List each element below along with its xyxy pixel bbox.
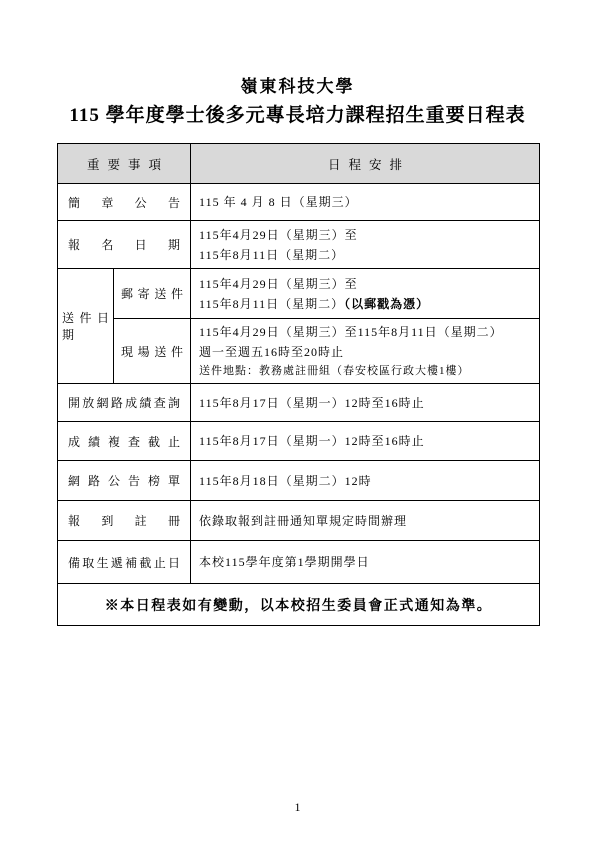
schedule-text: 依錄取報到註冊通知單規定時間辦理 <box>199 511 533 531</box>
row-label-score-query: 開放網路成績查詢 <box>58 384 191 422</box>
row-label-announcement: 簡章公告 <box>58 184 191 221</box>
row-label-enrollment: 報到註冊 <box>58 501 191 541</box>
schedule-text-normal: 115年8月11日（星期二） <box>199 297 344 311</box>
row-content-registration: 115年4月29日（星期三）至 115年8月11日（星期二） <box>191 221 540 269</box>
schedule-text: 115年8月11日（星期二） <box>199 245 533 265</box>
table-row-registration: 報名日期 115年4月29日（星期三）至 115年8月11日（星期二） <box>58 221 540 269</box>
schedule-text: 115年8月11日（星期二）（以郵戳為憑） <box>199 294 533 314</box>
column-header-schedule: 日程安排 <box>191 144 540 184</box>
row-label-waitlist-deadline: 備取生遞補截止日 <box>58 541 191 584</box>
schedule-text: 115年8月17日（星期一）12時至16時止 <box>199 393 533 413</box>
row-sublabel-onsite: 現場送件 <box>114 319 191 384</box>
schedule-text: 週一至週五16時至20時止 <box>199 342 533 362</box>
schedule-table: 重要事項 日程安排 簡章公告 115 年 4 月 8 日（星期三） 報名日期 1… <box>57 143 540 626</box>
table-row-submission-mail: 送件日期 郵寄送件 115年4月29日（星期三）至 115年8月11日（星期二）… <box>58 269 540 319</box>
schedule-text: 115年4月29日（星期三）至115年8月11日（星期二） <box>199 322 533 342</box>
schedule-text: 115年4月29日（星期三）至 <box>199 225 533 245</box>
table-row-announcement: 簡章公告 115 年 4 月 8 日（星期三） <box>58 184 540 221</box>
table-row-result-announce: 網路公告榜單 115年8月18日（星期二）12時 <box>58 461 540 501</box>
schedule-location-text: 送件地點：教務處註冊組（春安校區行政大樓1樓） <box>199 362 533 381</box>
row-content-score-query: 115年8月17日（星期一）12時至16時止 <box>191 384 540 422</box>
schedule-text: 本校115學年度第1學期開學日 <box>199 552 533 572</box>
row-content-result-announce: 115年8月18日（星期二）12時 <box>191 461 540 501</box>
table-row-score-query: 開放網路成績查詢 115年8月17日（星期一）12時至16時止 <box>58 384 540 422</box>
schedule-text: 115年8月17日（星期一）12時至16時止 <box>199 431 533 451</box>
row-content-score-recheck: 115年8月17日（星期一）12時至16時止 <box>191 422 540 461</box>
row-group-label-submission: 送件日期 <box>58 269 114 384</box>
row-label-registration: 報名日期 <box>58 221 191 269</box>
schedule-text: 115年8月18日（星期二）12時 <box>199 471 533 491</box>
table-header-row: 重要事項 日程安排 <box>58 144 540 184</box>
table-row-submission-onsite: 現場送件 115年4月29日（星期三）至115年8月11日（星期二） 週一至週五… <box>58 319 540 384</box>
table-row-enrollment: 報到註冊 依錄取報到註冊通知單規定時間辦理 <box>58 501 540 541</box>
row-content-enrollment: 依錄取報到註冊通知單規定時間辦理 <box>191 501 540 541</box>
schedule-text-emphasis: （以郵戳為憑） <box>344 297 429 311</box>
row-content-announcement: 115 年 4 月 8 日（星期三） <box>191 184 540 221</box>
row-label-result-announce: 網路公告榜單 <box>58 461 191 501</box>
page-subtitle: 115 學年度學士後多元專長培力課程招生重要日程表 <box>0 104 595 128</box>
row-sublabel-mail: 郵寄送件 <box>114 269 191 319</box>
schedule-text: 115年4月29日（星期三）至 <box>199 274 533 294</box>
row-content-waitlist-deadline: 本校115學年度第1學期開學日 <box>191 541 540 584</box>
row-content-mail: 115年4月29日（星期三）至 115年8月11日（星期二）（以郵戳為憑） <box>191 269 540 319</box>
table-row-waitlist-deadline: 備取生遞補截止日 本校115學年度第1學期開學日 <box>58 541 540 584</box>
page-number: 1 <box>0 800 595 815</box>
column-header-item: 重要事項 <box>58 144 191 184</box>
table-footnote: ※本日程表如有變動，以本校招生委員會正式通知為準。 <box>58 584 540 626</box>
schedule-text: 115 年 4 月 8 日（星期三） <box>199 192 533 212</box>
document-page: 嶺東科技大學 115 學年度學士後多元專長培力課程招生重要日程表 重要事項 日程… <box>0 0 595 842</box>
page-title: 嶺東科技大學 <box>0 0 595 97</box>
table-note-row: ※本日程表如有變動，以本校招生委員會正式通知為準。 <box>58 584 540 626</box>
row-content-onsite: 115年4月29日（星期三）至115年8月11日（星期二） 週一至週五16時至2… <box>191 319 540 384</box>
table-row-score-recheck: 成績複查截止 115年8月17日（星期一）12時至16時止 <box>58 422 540 461</box>
row-label-score-recheck: 成績複查截止 <box>58 422 191 461</box>
